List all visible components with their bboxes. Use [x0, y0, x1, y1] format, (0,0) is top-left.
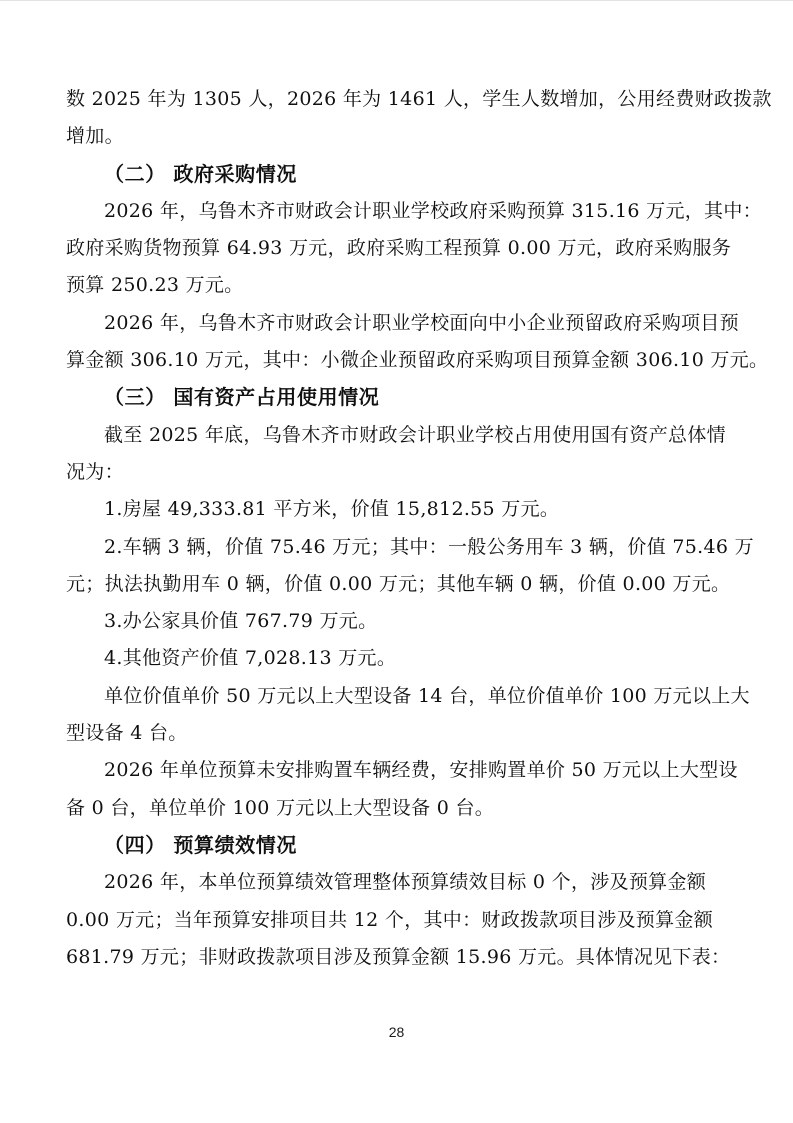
text-line: 况为：: [66, 454, 738, 491]
text-line: 备 0 台，单位单价 100 万元以上大型设备 0 台。: [66, 790, 738, 827]
page-number: 28: [389, 1024, 405, 1040]
text-line: 681.79 万元；非财政拨款项目涉及预算金额 15.96 万元。具体情况见下表…: [66, 939, 738, 976]
text-line: 2.车辆 3 辆，价值 75.46 万元；其中：一般公务用车 3 辆，价值 75…: [66, 529, 738, 566]
document-body: 数 2025 年为 1305 人，2026 年为 1461 人，学生人数增加，公…: [66, 81, 738, 976]
text-line: 元；执法执勤用车 0 辆，价值 0.00 万元；其他车辆 0 辆，价值 0.00…: [66, 566, 738, 603]
text-line: 增加。: [66, 118, 738, 155]
text-line: 单位价值单价 50 万元以上大型设备 14 台，单位价值单价 100 万元以上大: [66, 678, 738, 715]
text-line: 1.房屋 49,333.81 平方米，价值 15,812.55 万元。: [66, 491, 738, 528]
page-footer: 28: [0, 1022, 793, 1041]
document-page: 数 2025 年为 1305 人，2026 年为 1461 人，学生人数增加，公…: [0, 0, 793, 1123]
text-line: 数 2025 年为 1305 人，2026 年为 1461 人，学生人数增加，公…: [66, 81, 738, 118]
text-line: 算金额 306.10 万元，其中：小微企业预留政府采购项目预算金额 306.10…: [66, 342, 738, 379]
text-line: 预算 250.23 万元。: [66, 267, 738, 304]
section-heading: （三） 国有资产占用使用情况: [66, 379, 738, 416]
text-line: 0.00 万元；当年预算安排项目共 12 个，其中：财政拨款项目涉及预算金额: [66, 902, 738, 939]
section-heading: （二） 政府采购情况: [66, 156, 738, 193]
section-heading: （四） 预算绩效情况: [66, 827, 738, 864]
text-line: 2026 年，乌鲁木齐市财政会计职业学校面向中小企业预留政府采购项目预: [66, 305, 738, 342]
text-line: 型设备 4 台。: [66, 715, 738, 752]
text-line: 2026 年单位预算未安排购置车辆经费，安排购置单价 50 万元以上大型设: [66, 752, 738, 789]
text-line: 3.办公家具价值 767.79 万元。: [66, 603, 738, 640]
text-line: 4.其他资产价值 7,028.13 万元。: [66, 640, 738, 677]
text-line: 截至 2025 年底，乌鲁木齐市财政会计职业学校占用使用国有资产总体情: [66, 417, 738, 454]
text-line: 政府采购货物预算 64.93 万元，政府采购工程预算 0.00 万元，政府采购服…: [66, 230, 738, 267]
text-line: 2026 年，乌鲁木齐市财政会计职业学校政府采购预算 315.16 万元，其中：: [66, 193, 738, 230]
text-line: 2026 年，本单位预算绩效管理整体预算绩效目标 0 个，涉及预算金额: [66, 864, 738, 901]
